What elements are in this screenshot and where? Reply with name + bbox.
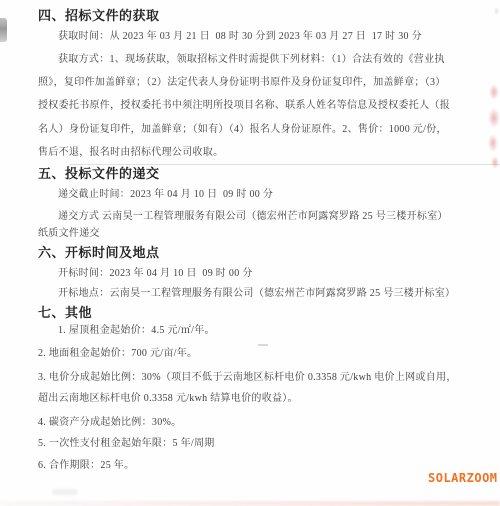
doc-line: 2. 地面租金起始价：700 元/亩/年。	[38, 347, 197, 360]
scan-smudge-bottom-left	[52, 489, 78, 495]
doc-line: 照》，复印件加盖鲜章；（2）法定代表人身份证明书原件及身份证复印件，加盖鲜章；（…	[38, 76, 446, 89]
doc-line: 开标时间：2023 年 04 月 10 日 09 时 00 分	[58, 267, 253, 280]
doc-line: 售后不退，报名时由招标代理公司收取。	[38, 146, 223, 159]
doc-line: 名人）身份证复印件，加盖鲜章；（如有）（4）报名人身份证原件。2、售价：1000…	[38, 123, 447, 136]
seal-mark-icon	[488, 134, 498, 152]
seal-mark-icon	[488, 108, 500, 128]
doc-line: 6. 合作期限：25 年。	[38, 459, 134, 472]
section-heading-4: 四、招标文件的获取	[38, 8, 160, 23]
seal-mark-icon	[491, 156, 499, 169]
doc-line: 4. 碳资产分成起始比例：30%。	[38, 416, 181, 429]
section-heading-5: 五、投标文件的递交	[38, 166, 160, 181]
seal-mark-icon	[489, 84, 499, 100]
solarzoom-watermark: SOLARZOOM	[428, 471, 498, 485]
doc-line: 递交方式 云南昊一工程管理服务有限公司（德宏州芒市阿露窝罗路 25 号三楼开标室…	[58, 210, 448, 223]
doc-line: 获取方式：1、现场获取，领取招标文件时需提供下列材料：（1）合法有效的《营业执	[58, 53, 445, 66]
doc-line: 授权委托书原件，授权委托书中须注明所投项目名称、联系人姓名等信息及授权委托人（报	[38, 99, 450, 112]
doc-line: 超出云南地区标杆电价 0.3358 元/kwh 结算电价的收益）。	[38, 392, 298, 405]
doc-line: 1. 屋顶租金起始价：4.5 元/㎡/年。	[58, 324, 215, 337]
doc-line: 递交截止时间：2023 年 04 月 10 日 09 时 00 分	[58, 188, 273, 201]
doc-line: 获取时间：从 2023 年 03 月 21 日 08 时 30 分到 2023 …	[58, 30, 422, 43]
scan-smear-bottom	[0, 501, 500, 506]
seal-speck-icon	[494, 7, 499, 15]
red-seal-fragment-icon	[486, 84, 500, 174]
doc-line: 5. 一次性支付租金起始年限：5 年/周期	[38, 437, 215, 450]
scan-line-artifact	[70, 164, 500, 165]
doc-line: 纸质文件递交	[38, 227, 100, 240]
section-heading-7: 七、其他	[38, 305, 92, 320]
scan-dash-artifact	[258, 344, 268, 346]
tender-document-page: 四、招标文件的获取获取时间：从 2023 年 03 月 21 日 08 时 30…	[0, 0, 500, 506]
scan-smudge-top-left	[0, 18, 7, 42]
doc-line: 3. 电价分成起始比例：30%（项目不低于云南地区标杆电价 0.3358 元/k…	[38, 371, 457, 384]
section-heading-6: 六、开标时间及地点	[38, 245, 160, 260]
doc-line: 开标地点：云南昊一工程管理服务有限公司（德宏州芒市阿露窝罗路 25 号三楼开标室…	[58, 287, 455, 300]
